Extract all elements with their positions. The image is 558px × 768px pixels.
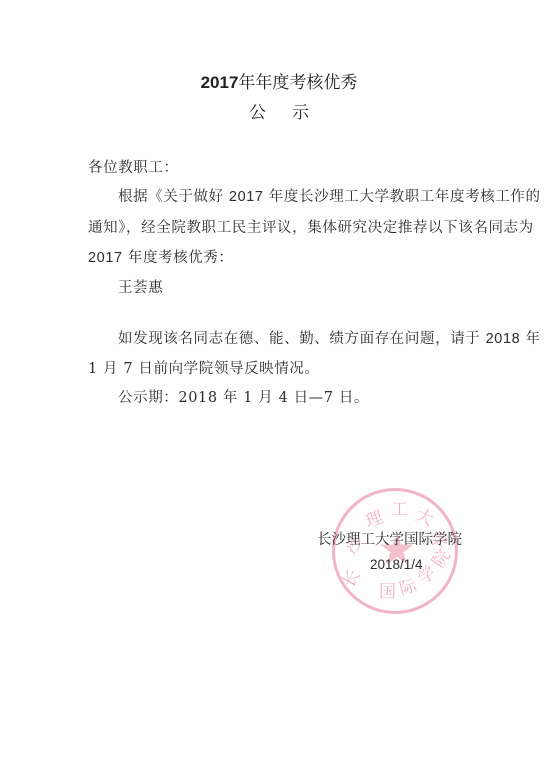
p1-line3-text: 年度考核优秀： bbox=[123, 250, 234, 266]
p2-text-a: 如发现该名同志在德、能、勤、绩方面存在问题，请于 bbox=[118, 331, 486, 347]
document-page: 2017年年度考核优秀 公示 各位教职工： 根据《关于做好 2017 年度长沙理… bbox=[0, 0, 558, 768]
publicity-period: 公示期：2018 年 1 月 4 日—7 日。 bbox=[118, 386, 369, 407]
official-seal: 长 沙 理 工 大 学 国 际 学 院 bbox=[332, 488, 458, 614]
paragraph1-line2: 通知》，经全院教职工民主评议，集体研究决定推荐以下该名同志为 bbox=[88, 216, 534, 237]
p1-line3-year: 2017 bbox=[88, 250, 123, 266]
p1-text-b: 年度长沙理工大学教职工年度考核工作的 bbox=[264, 189, 541, 205]
paragraph1-line3: 2017 年度考核优秀： bbox=[88, 246, 234, 267]
document-title: 2017年年度考核优秀 bbox=[0, 68, 558, 93]
seal-char: 工 bbox=[391, 495, 408, 520]
seal-char: 大 bbox=[413, 501, 439, 531]
document-subtitle: 公示 bbox=[0, 98, 558, 123]
seal-char: 长 bbox=[334, 564, 364, 591]
paragraph2-line1: 如发现该名同志在德、能、勤、绩方面存在问题，请于 2018 年 bbox=[118, 327, 541, 348]
salutation: 各位教职工： bbox=[88, 156, 179, 177]
nominee-name: 王荟惠 bbox=[118, 276, 163, 297]
seal-char: 国 bbox=[379, 577, 396, 602]
period-value: 2018 年 1 月 4 日—7 日。 bbox=[178, 390, 369, 406]
p1-year: 2017 bbox=[229, 189, 264, 205]
paragraph1-line1: 根据《关于做好 2017 年度长沙理工大学教职工年度考核工作的 bbox=[118, 185, 541, 206]
p2-year: 2018 bbox=[486, 331, 521, 347]
title-year: 2017 bbox=[201, 73, 239, 92]
seal-char: 际 bbox=[396, 571, 419, 600]
period-label: 公示期： bbox=[118, 390, 178, 406]
signature-organization: 长沙理工大学国际学院 bbox=[317, 528, 462, 549]
title-text: 年年度考核优秀 bbox=[238, 73, 357, 93]
signature-date: 2018/1/4 bbox=[370, 557, 423, 572]
p1-text-a: 根据《关于做好 bbox=[118, 189, 229, 205]
p2-text-b: 年 bbox=[520, 331, 540, 347]
paragraph2-line2: 1 月 7 日前向学院领导反映情况。 bbox=[88, 357, 320, 378]
